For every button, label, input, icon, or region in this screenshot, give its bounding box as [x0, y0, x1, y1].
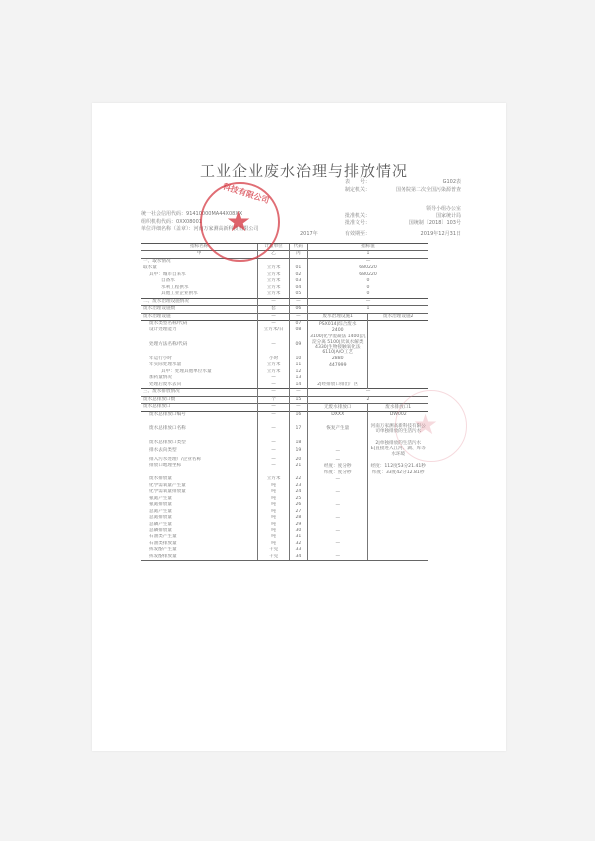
- meta-label: 批准机关：: [345, 212, 371, 219]
- meta-label: 批准文号：: [345, 219, 371, 226]
- row-value-1: 无废水排放口: [307, 404, 368, 411]
- row-code: 34: [289, 554, 307, 561]
- meta-label: 单位详细名称（盖章）：: [141, 226, 194, 232]
- table-row: 处理后废水去向—142|经排放口排出厂区: [141, 382, 428, 389]
- row-code: —: [289, 313, 307, 320]
- row-name: 废水总排放口编号: [141, 411, 258, 418]
- row-name: 三、废水排放情况: [141, 389, 258, 396]
- report-year: 2017年: [300, 230, 318, 237]
- header-code: 代码: [289, 244, 307, 251]
- row-code: —: [289, 404, 307, 411]
- row-code: 16: [289, 411, 307, 418]
- row-value-2: [368, 554, 428, 561]
- row-name: 废水总排放口: [141, 404, 258, 411]
- row-unit: —: [258, 298, 290, 305]
- sub-code: 丙: [289, 251, 307, 258]
- meta-value: 国统制〔2018〕103号: [371, 219, 461, 226]
- table-row: 废水类型名称/代码—07PSX014|综合废水: [141, 320, 428, 327]
- row-value-2: [368, 334, 428, 356]
- table-row: 废水总排放口编号—16DXXXDW002: [141, 411, 428, 418]
- row-name: 二、废水治理设施情况: [141, 298, 258, 305]
- row-unit: —: [258, 411, 290, 418]
- table-row: 二、废水治理设施情况———: [141, 298, 428, 305]
- row-code: 09: [289, 334, 307, 356]
- table-row: 挥发酚排放量千克34—: [141, 554, 428, 561]
- row-unit: —: [258, 389, 290, 396]
- row-unit: —: [258, 446, 290, 457]
- row-value-1: —: [307, 446, 368, 457]
- table-row: 其他工业企业供水立方米050: [141, 291, 428, 298]
- row-value: 1: [307, 306, 428, 313]
- row-code: —: [289, 389, 307, 396]
- row-name: 废水总排放口名称: [141, 418, 258, 440]
- row-unit: 个: [258, 396, 290, 403]
- row-name: 挥发酚排放量: [141, 554, 258, 561]
- meta-label: 统一社会信用代码：: [141, 211, 186, 217]
- sub-value: 1: [307, 251, 428, 258]
- row-value-1: DXXX: [307, 411, 368, 418]
- row-code: 19: [289, 446, 307, 457]
- row-value-1: 恢复产生量: [307, 418, 368, 440]
- row-name: 其他工业企业供水: [141, 291, 258, 298]
- header-value: 指标值: [307, 244, 428, 251]
- row-value-2: [368, 382, 428, 389]
- table-row: 废水治理设施数套061: [141, 306, 428, 313]
- row-value-1: 废水治理设施1: [307, 313, 368, 320]
- row-value-1: 3100|化学混凝法 1400|沉淀分离 5100|厌氧水解类 4330|生物接…: [307, 334, 368, 356]
- meta-value: 国家统计局: [371, 212, 461, 219]
- row-unit: 套: [258, 306, 290, 313]
- meta-value: 领导小组办公室: [371, 205, 461, 212]
- meta-label: 表 号：: [345, 178, 371, 185]
- row-name: 废水总排放口数: [141, 396, 258, 403]
- meta-value: G102表: [371, 178, 461, 185]
- row-value: 0: [307, 291, 428, 298]
- row-value: —: [307, 298, 428, 305]
- row-unit: —: [258, 313, 290, 320]
- row-name: 处理方法名称/代码: [141, 334, 258, 356]
- row-code: [289, 258, 307, 265]
- meta-right-item: 领导小组办公室: [345, 205, 461, 212]
- meta-right-item: 有效期至：2019年12月31日: [345, 230, 461, 237]
- row-name: 废水治理设施数: [141, 306, 258, 313]
- table-header-row: 指标名称 计量单位 代码 指标值: [141, 244, 428, 251]
- row-value-2: 纬度：33度42分12.81秒: [368, 470, 428, 476]
- table-row: 一、取水情况—: [141, 258, 428, 265]
- row-unit: —: [258, 418, 290, 440]
- row-value-1: —: [307, 554, 368, 561]
- row-code: 15: [289, 396, 307, 403]
- row-unit: —: [258, 334, 290, 356]
- table-subheader-row: 甲 乙 丙 1: [141, 251, 428, 258]
- seal-star-icon: ★: [226, 205, 251, 238]
- meta-right-item: 批准机关：国家统计局: [345, 212, 461, 219]
- row-unit: —: [258, 320, 290, 327]
- meta-value: 2019年12月31日: [371, 230, 461, 237]
- row-unit: —: [258, 382, 290, 389]
- row-unit: —: [258, 404, 290, 411]
- row-unit: [258, 258, 290, 265]
- row-name: 处理后废水去向: [141, 382, 258, 389]
- row-code: 17: [289, 418, 307, 440]
- faint-seal-star-icon: ★: [413, 408, 438, 441]
- row-code: 07: [289, 320, 307, 327]
- row-value: —: [307, 258, 428, 265]
- row-value-2: [368, 320, 428, 327]
- row-value-2: 经度：112度53分21.41秒: [368, 463, 428, 469]
- row-code: 06: [289, 306, 307, 313]
- meta-label: 制定机关：: [345, 186, 371, 193]
- row-value-1: 2|经排放口排出厂区: [307, 382, 368, 389]
- table-row: 废水治理设施——废水治理设施1废水治理设施2: [141, 313, 428, 320]
- table-row: 废水总排放口数个152: [141, 396, 428, 403]
- meta-right-item: 批准文号：国统制〔2018〕103号: [345, 219, 461, 226]
- row-value: —: [307, 389, 428, 396]
- row-code: —: [289, 298, 307, 305]
- table-row: 废水总排放口——无废水排放口废水排放口1: [141, 404, 428, 411]
- meta-right-item: 制定机关：国务院第二次全国污染源普查: [345, 186, 461, 193]
- row-name: 废水类型名称/代码: [141, 320, 258, 327]
- row-value-2: 废水治理设施2: [368, 313, 428, 320]
- row-name: 排水去向类型: [141, 446, 258, 457]
- meta-left-item: 组织机构代码：0XX08001: [141, 218, 202, 225]
- row-name: 废水治理设施: [141, 313, 258, 320]
- row-code: 14: [289, 382, 307, 389]
- table-row: 排水去向类型—19—E|直接进入江河、湖、库等水环境: [141, 446, 428, 457]
- row-code: 05: [289, 291, 307, 298]
- row-value-1: PSX014|综合废水: [307, 320, 368, 327]
- table-row: 废水总排放口名称—17恢复产生量河南万家测高新科技有限公司单独排放的生活污水: [141, 418, 428, 440]
- meta-right-item: 表 号：G102表: [345, 178, 461, 185]
- wastewater-table: 指标名称 计量单位 代码 指标值 甲 乙 丙 1 一、取水情况—取水量立方米01…: [141, 243, 428, 561]
- table-row: 三、废水排放情况———: [141, 389, 428, 396]
- row-unit: 千克: [258, 554, 290, 561]
- meta-label: 有效期至：: [345, 230, 371, 237]
- row-unit: 立方米: [258, 291, 290, 298]
- table-row: 处理方法名称/代码—093100|化学混凝法 1400|沉淀分离 5100|厌氧…: [141, 334, 428, 356]
- meta-value: 国务院第二次全国污染源普查: [371, 186, 461, 193]
